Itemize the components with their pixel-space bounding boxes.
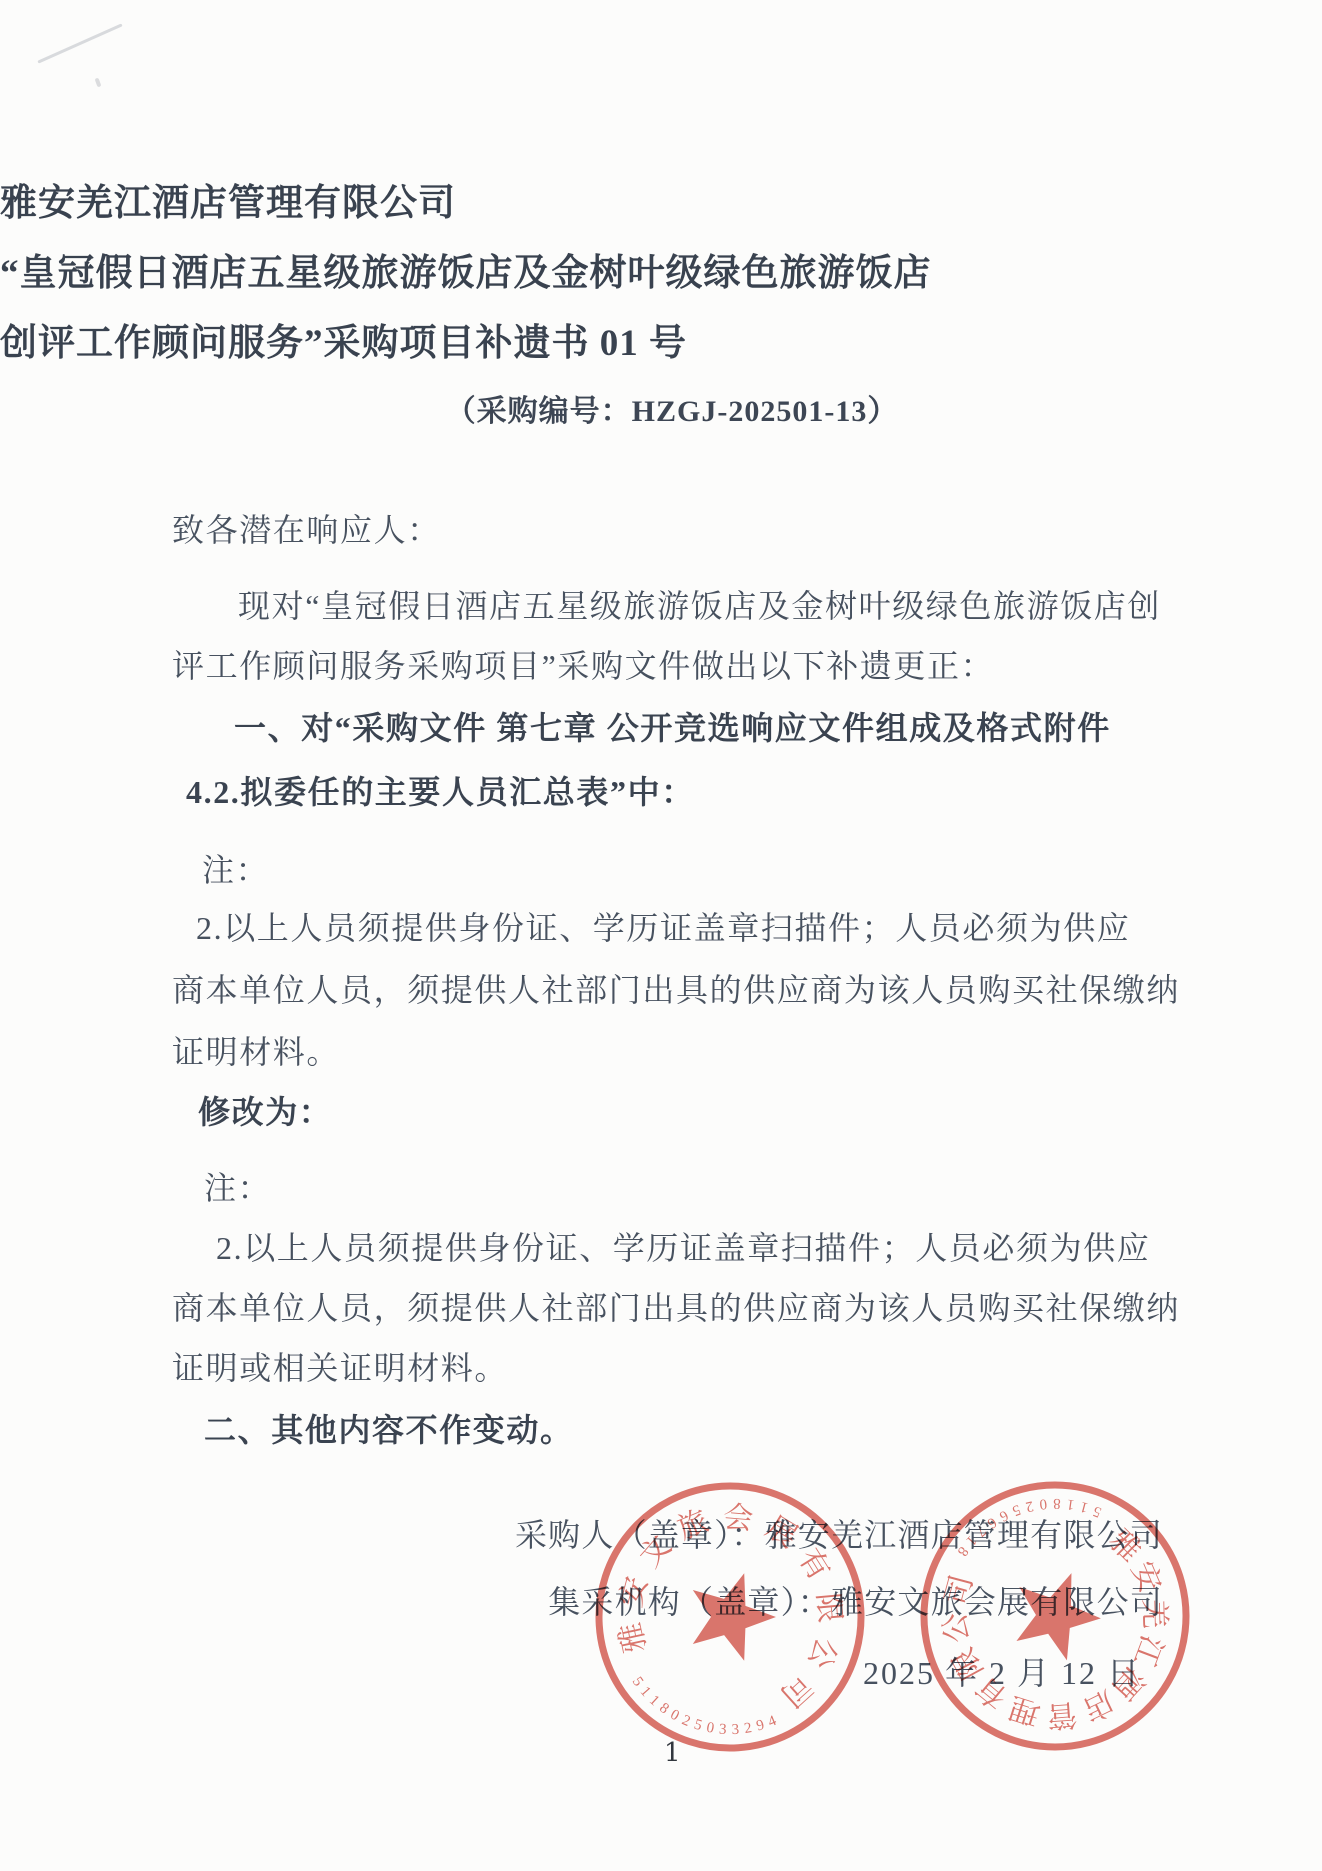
svg-text:羌: 羌 xyxy=(1137,1598,1171,1629)
body-line: 证明或相关证明材料。 xyxy=(172,1343,508,1389)
svg-text:理: 理 xyxy=(1006,1690,1045,1731)
svg-text:2: 2 xyxy=(743,1720,753,1737)
svg-text:3: 3 xyxy=(719,1722,728,1738)
svg-text:2: 2 xyxy=(1024,1497,1035,1514)
svg-text:1: 1 xyxy=(1079,1498,1090,1515)
svg-text:公: 公 xyxy=(939,1611,975,1645)
svg-text:6: 6 xyxy=(996,1507,1010,1525)
svg-text:5: 5 xyxy=(1091,1502,1104,1520)
procurement-number: （采购编号：HZGJ-202501-13） xyxy=(11,386,1322,430)
svg-text:8: 8 xyxy=(954,1543,971,1558)
svg-text:安: 安 xyxy=(1125,1557,1167,1598)
svg-text:8: 8 xyxy=(656,1700,671,1717)
document-title-project-line1: “皇冠假日酒店五星级旅游饭店及金树叶级绿色旅游饭店 xyxy=(0,242,1322,296)
svg-text:2: 2 xyxy=(679,1712,692,1730)
svg-text:旅: 旅 xyxy=(673,1504,713,1546)
svg-text:9: 9 xyxy=(755,1717,767,1734)
svg-text:0: 0 xyxy=(1039,1495,1048,1512)
body-line: 评工作顾问服务采购项目”采购文件做出以下补遗更正： xyxy=(172,641,994,687)
body-line-item-2: 二、其他内容不作变动。 xyxy=(204,1405,574,1451)
svg-text:安: 安 xyxy=(614,1573,654,1610)
svg-text:店: 店 xyxy=(1078,1684,1119,1727)
svg-text:5: 5 xyxy=(1010,1501,1023,1519)
svg-text:3: 3 xyxy=(731,1722,739,1738)
document-title-company: 雅安羌江酒店管理有限公司 xyxy=(0,172,1322,226)
svg-text:1: 1 xyxy=(963,1532,980,1548)
svg-text:0: 0 xyxy=(667,1707,681,1725)
body-line: 商本单位人员，须提供人社部门出具的供应商为该人员购买社保缴纳 xyxy=(172,1283,1180,1329)
svg-text:0: 0 xyxy=(705,1720,715,1737)
svg-text:4: 4 xyxy=(766,1713,779,1731)
body-line-item-1: 一、对“采购文件 第七章 公开竞选响应文件组成及格式附件 xyxy=(234,703,1111,749)
body-line: 现对“皇冠假日酒店五星级旅游饭店及金树叶级绿色旅游饭店创 xyxy=(238,581,1161,627)
body-line-item-1b: 4.2.拟委任的主要人员汇总表”中： xyxy=(186,767,695,813)
svg-text:限: 限 xyxy=(811,1591,847,1624)
svg-text:雅: 雅 xyxy=(614,1619,653,1655)
seal-star-icon xyxy=(1003,1569,1109,1672)
svg-text:司: 司 xyxy=(940,1572,980,1610)
svg-text:江: 江 xyxy=(1127,1631,1168,1671)
body-line: 证明材料。 xyxy=(172,1027,340,1073)
svg-text:6: 6 xyxy=(984,1514,1000,1532)
svg-text:8: 8 xyxy=(1053,1495,1061,1511)
scan-artifact-speck xyxy=(95,78,102,88)
svg-text:7: 7 xyxy=(972,1522,989,1539)
body-line-revised-label: 修改为： xyxy=(198,1087,332,1133)
body-line: 商本单位人员，须提供人社部门出具的供应商为该人员购买社保缴纳 xyxy=(172,965,1180,1011)
svg-text:展: 展 xyxy=(760,1511,803,1555)
svg-text:会: 会 xyxy=(722,1501,755,1536)
svg-text:公: 公 xyxy=(801,1633,843,1673)
document-title-project-line2: 创评工作顾问服务”采购项目补遗书 01 号 xyxy=(0,312,1322,366)
scanned-document-page: 雅安羌江酒店管理有限公司 “皇冠假日酒店五星级旅游饭店及金树叶级绿色旅游饭店 创… xyxy=(0,0,1322,1871)
scan-artifact-stroke xyxy=(37,23,122,63)
svg-text:5: 5 xyxy=(692,1717,704,1734)
body-line-note-label: 注： xyxy=(202,845,269,891)
body-line-note-label: 注： xyxy=(204,1163,271,1209)
svg-text:文: 文 xyxy=(633,1529,678,1573)
svg-text:限: 限 xyxy=(946,1642,989,1684)
official-seal-buyer: 雅安羌江酒店管理有限公司511802566718 xyxy=(905,1466,1205,1766)
body-line: 2.以上人员须提供身份证、学历证盖章扫描件；人员必须为供应 xyxy=(196,903,1130,949)
body-line-salutation: 致各潜在响应人： xyxy=(172,505,441,551)
seal-star-icon xyxy=(677,1560,786,1666)
svg-text:有: 有 xyxy=(792,1543,836,1586)
page-number: 1 xyxy=(664,1738,681,1768)
svg-text:管: 管 xyxy=(1046,1697,1078,1732)
svg-text:雅: 雅 xyxy=(1103,1524,1148,1569)
official-seal-agency: 雅安文旅会展有限公司5118025033294 xyxy=(580,1467,880,1767)
svg-text:1: 1 xyxy=(1066,1496,1076,1513)
svg-text:司: 司 xyxy=(774,1668,818,1713)
body-line: 2.以上人员须提供身份证、学历证盖章扫描件；人员必须为供应 xyxy=(216,1223,1150,1269)
